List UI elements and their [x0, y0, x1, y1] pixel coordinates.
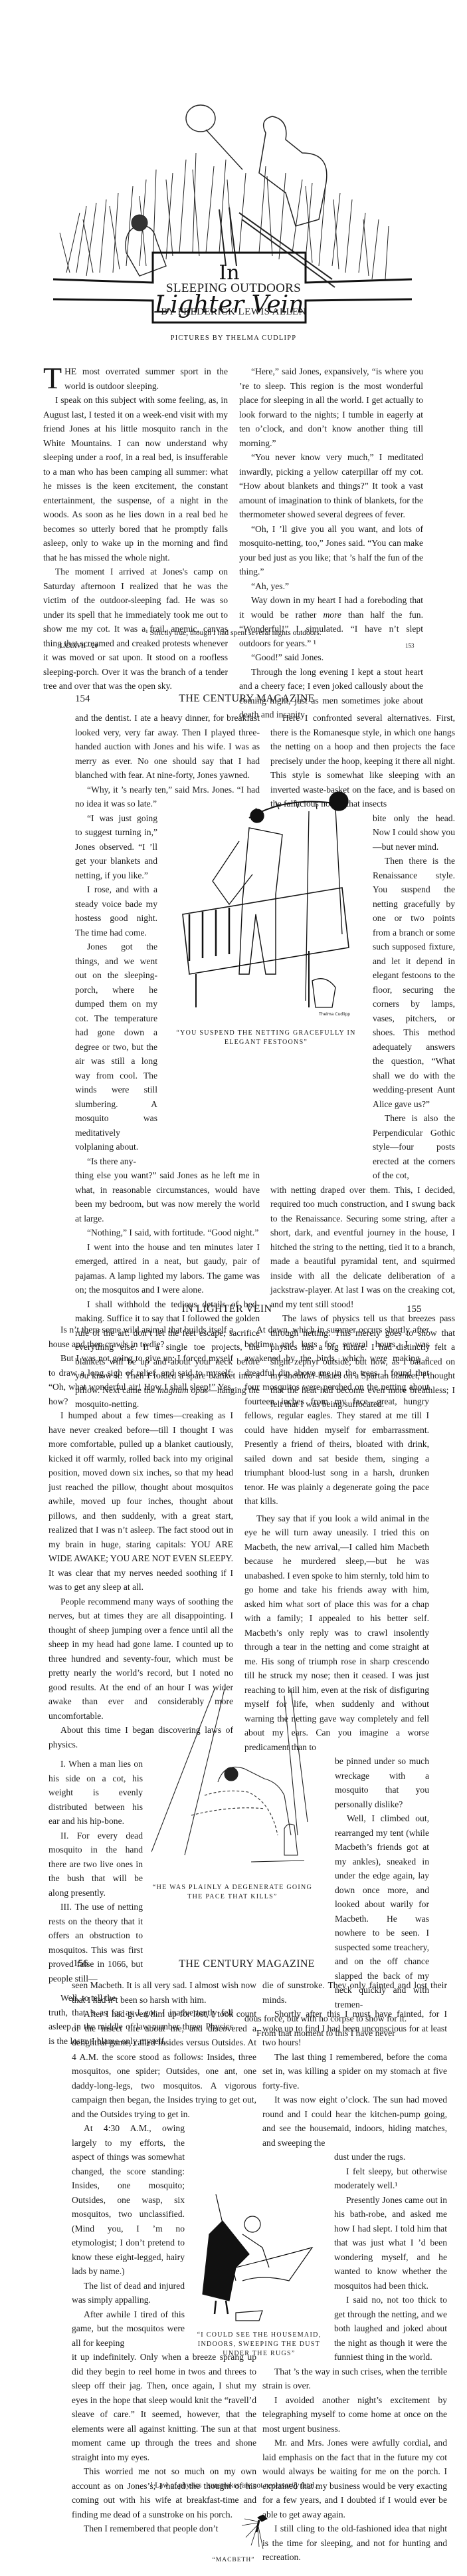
paragraph: Is n’t there some wild animal that build…	[48, 1323, 233, 1351]
narrow-text-block: bite only the head. Now I could show you…	[373, 811, 455, 1183]
paragraph: After awhile I tired of this game, but t…	[72, 2307, 185, 2351]
paragraph: with netting draped over them. This, I d…	[270, 1183, 455, 1312]
paragraph: Then there is the Renaissance style. You…	[373, 854, 455, 1111]
paragraph: I rose, and with a steady voice bade my …	[75, 882, 157, 940]
paragraph: I speak on this subject with some feelin…	[43, 393, 228, 565]
paragraph: I said no, not too thick to get through …	[334, 2293, 447, 2365]
list-item: I. When a man lies on his side on a cot,…	[48, 1757, 143, 1829]
paragraph: “Ah, yes.”	[239, 579, 423, 594]
illustration-caption: “I COULD SEE THE HOUSEMAID, INDOORS, SWE…	[189, 2331, 329, 2359]
drop-cap: T	[43, 366, 62, 391]
paragraph: dust under the rugs.	[334, 2150, 447, 2164]
paragraph: After I had given him up for lost, I too…	[72, 2007, 256, 2121]
narrow-text-block: “I was just going to suggest turning in,…	[75, 811, 157, 1169]
running-head: IN LIGHTER VEIN	[0, 1303, 467, 1315]
paragraph: “You never know very much,” I meditated …	[239, 450, 423, 522]
paragraph: I went into the house and ten minutes la…	[75, 1240, 260, 1297]
paragraph: I felt sleepy, but otherwise moderately …	[334, 2164, 447, 2193]
illustration-caption: “HE WAS PLAINLY A DEGENERATE GOING THE P…	[149, 1883, 316, 1902]
tailpiece-caption: “MACBETH”	[0, 2557, 467, 2563]
paragraph: Then I remembered that people don’t	[72, 2521, 256, 2536]
paragraph: bite only the head. Now I could show you…	[373, 811, 455, 854]
list-item: II. For every dead mosquito in the hand …	[48, 1829, 143, 1900]
illustration-signature: Thelma Cudlipp	[318, 1012, 350, 1017]
paragraph: be pinned under so much wreckage with a …	[335, 1754, 429, 1811]
paragraph: I humped about a few times—creaking as I…	[48, 1408, 233, 1595]
degenerate-illustration	[151, 1689, 324, 1875]
man-hanging-netting-drawing-icon: Thelma Cudlipp	[176, 781, 355, 1021]
pictures-credit: PICTURES BY THELMA CUDLIPP	[0, 334, 467, 342]
paragraph: Way down in my heart I had a foreboding …	[239, 593, 423, 650]
paragraph: THE most overrated summer sport in the w…	[43, 364, 228, 393]
man-in-netting-drawing-icon	[151, 1689, 324, 1875]
footnote: ¹ Strictly true, though I had spent seve…	[0, 629, 467, 637]
page-number: 153	[405, 642, 415, 649]
paragraph: The last thing I remembered, before the …	[262, 2050, 447, 2093]
paragraph: seen Macbeth. It is all very sad. I almo…	[72, 1978, 256, 2007]
paragraph: “Is there any-	[75, 1154, 157, 1169]
paragraph: This worried me not so much on my own ac…	[72, 2464, 256, 2521]
paragraph: At dawn, which in summer occurs shortly …	[244, 1323, 429, 1509]
paragraph: I avoided another night’s excitement by …	[262, 2393, 447, 2436]
paragraph: it up indefinitely. Only when a breeze s…	[72, 2350, 256, 2464]
paragraph: and the dentist. I ate a heavy dinner, f…	[75, 711, 260, 783]
page-153: In Lighter Vein SLEEPING OUTDOORS BY FRE…	[0, 0, 467, 655]
mosquito-icon	[239, 2512, 279, 2552]
illustration-caption: “YOU SUSPEND THE NETTING GRACEFULLY IN E…	[171, 1029, 361, 1047]
paragraph: thing else you want?” said Jones as he l…	[75, 1168, 260, 1225]
page155-column-left: Is n’t there some wild animal that build…	[48, 1323, 233, 2048]
paragraph: “Here,” said Jones, expansively, “is whe…	[239, 364, 423, 450]
paragraph: That ’s the way in such crises, when the…	[262, 2365, 447, 2393]
netting-illustration: Thelma Cudlipp	[176, 781, 355, 1021]
page-154: 154 THE CENTURY MAGAZINE and the dentist…	[0, 655, 467, 1300]
paragraph: There is also the Perpendicular Gothic s…	[373, 1111, 455, 1183]
paragraph: Mr. and Mrs. Jones were awfully cordial,…	[262, 2436, 447, 2521]
article-title: SLEEPING OUTDOORS	[0, 281, 467, 296]
housemaid-illustration	[196, 2194, 322, 2327]
paragraph: “Nothing,” I said, with fortitude. “Good…	[75, 1225, 260, 1240]
article-byline: BY FREDERICK LEWIS ALLEN	[0, 307, 467, 318]
narrow-text-block: dust under the rugs. I felt sleepy, but …	[334, 2150, 447, 2365]
running-head: THE CENTURY MAGAZINE	[0, 1958, 467, 1970]
paragraph: Shortly after this I must have fainted, …	[262, 2007, 447, 2050]
running-head: THE CENTURY MAGAZINE	[0, 693, 467, 705]
paragraph: Jones got the things, and we went out on…	[75, 940, 157, 1154]
paragraph: die of sunstroke. They only fainted and …	[262, 1978, 447, 2007]
paragraph: Presently Jones came out in his bath-rob…	[334, 2193, 447, 2293]
mosquito-tailpiece	[239, 2512, 279, 2552]
page-number: 155	[407, 1304, 422, 1315]
page-155: IN LIGHTER VEIN 155 Is n’t there some wi…	[0, 1300, 467, 1958]
paragraph: At 4:30 A.M., owing largely to my effort…	[72, 2121, 185, 2279]
paragraph: “I was just going to suggest turning in,…	[75, 811, 157, 883]
housemaid-sweeping-drawing-icon	[196, 2194, 322, 2327]
narrow-text-block: At 4:30 A.M., owing largely to my effort…	[72, 2121, 185, 2350]
paragraph: “Oh, I ’ll give you all you want, and lo…	[239, 522, 423, 579]
paragraph: But I was not going to give up; I forced…	[48, 1351, 233, 1408]
footnote: ¹ Law of physics : sunstrokes are not ne…	[0, 2482, 467, 2490]
paragraph: It was now eight o’clock. The sun had mo…	[262, 2093, 447, 2150]
signature-mark: LXXXVII—20	[60, 642, 98, 649]
page-156: 156 THE CENTURY MAGAZINE seen Macbeth. I…	[0, 1958, 467, 2576]
page155-column-right: At dawn, which in summer occurs shortly …	[244, 1323, 429, 2040]
paragraph: The list of dead and injured was simply …	[72, 2279, 185, 2307]
